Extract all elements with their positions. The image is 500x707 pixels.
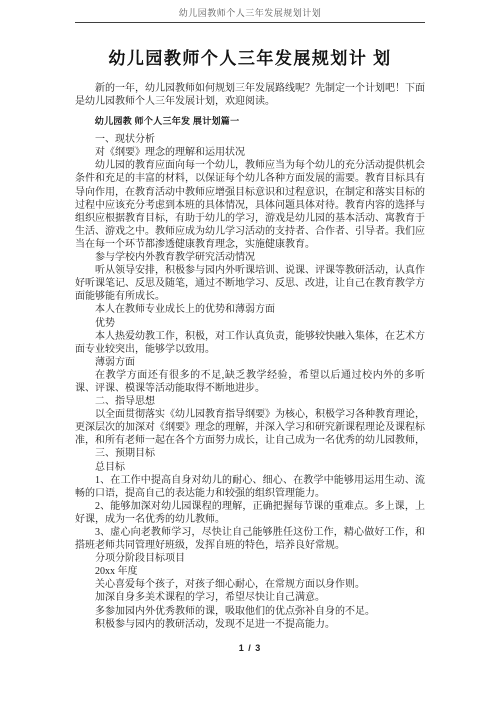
paragraph: 20xx 年度 [75, 565, 425, 578]
paragraph: 总目标 [75, 461, 425, 474]
document-title: 幼儿园教师个人三年发展规划计 划 [75, 44, 425, 69]
paragraph: 薄弱方面 [75, 356, 425, 369]
header-rule [75, 22, 425, 23]
paragraph: 三、预期目标 [75, 447, 425, 460]
paragraph: 积极参与园内的教研活动，发现不足进一不提高能力。 [75, 618, 425, 631]
paragraph: 1、在工作中提高自身对幼儿的耐心、细心、在教学中能够用运用生动、流畅的口语，提高… [75, 474, 425, 500]
paragraph: 加深自身多美术课程的学习，希望尽快让自己满意。 [75, 591, 425, 604]
paragraph: 幼儿园的教育应面向每一个幼儿，教师应当为每个幼儿的充分活动提供机会条件和充足的丰… [75, 159, 425, 251]
intro-paragraph: 新的一年，幼儿园教师如何规划三年发展路线呢？先制定一个计划吧！下面是幼儿园教师个… [75, 82, 425, 108]
section-heading: 幼儿园教 师个人三年发 展计划篇一 [75, 114, 425, 127]
paragraph: 本人热爱幼教工作，积极，对工作认真负责，能够较快融入集体，在艺术方面专业较突出，… [75, 330, 425, 356]
paragraph: 一、现状分析 [75, 133, 425, 146]
document-page: 幼儿园教师个人三年发展规划计划 幼儿园教师个人三年发展规划计 划 新的一年，幼儿… [0, 0, 500, 707]
document-body: 一、现状分析对《纲要》理念的理解和运用状况幼儿园的教育应面向每一个幼儿，教师应当… [75, 133, 425, 631]
paragraph: 优势 [75, 317, 425, 330]
paragraph: 2、能够加深对幼儿园课程的理解，正确把握每节课的重难点。多上课，上好课，成为一名… [75, 500, 425, 526]
page-number: 1 / 3 [0, 643, 500, 653]
paragraph: 本人在教师专业成长上的优势和薄弱方面 [75, 303, 425, 316]
document-content: 幼儿园教师个人三年发展规划计 划 新的一年，幼儿园教师如何规划三年发展路线呢？先… [75, 44, 425, 631]
paragraph: 多参加园内外优秀教师的课，吸取他们的优点弥补自身的不足。 [75, 605, 425, 618]
paragraph: 关心喜爱每个孩子，对孩子细心耐心，在常规方面以身作则。 [75, 578, 425, 591]
paragraph: 二、指导思想 [75, 395, 425, 408]
running-header: 幼儿园教师个人三年发展规划计划 [75, 6, 425, 19]
paragraph: 参与学校内外教育教学研究活动情况 [75, 251, 425, 264]
paragraph: 听从领导安排，积极参与园内外听课培训、说课、评课等教研活动，认真作好听课笔记、反… [75, 264, 425, 303]
paragraph: 以全面贯彻落实《幼儿园教育指导纲要》为核心，积极学习各种教育理论，更深层次的加深… [75, 408, 425, 447]
paragraph: 3、虚心向老教师学习，尽快让自己能够胜任这份工作，精心做好工作，和搭班老师共同管… [75, 526, 425, 552]
paragraph: 对《纲要》理念的理解和运用状况 [75, 146, 425, 159]
paragraph: 在教学方面还有很多的不足,缺乏教学经验，希望以后通过校内外的多听课、评课、模课等… [75, 369, 425, 395]
paragraph: 分项分阶段目标项目 [75, 552, 425, 565]
